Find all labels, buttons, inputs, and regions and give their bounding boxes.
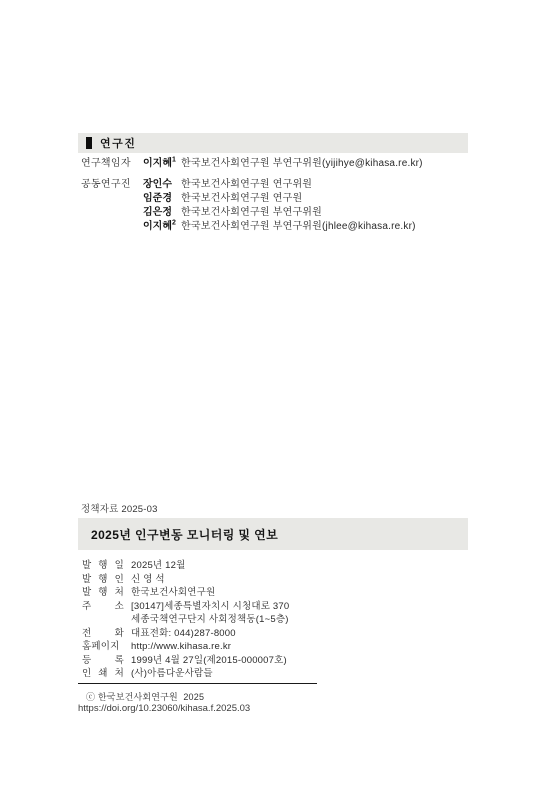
publication-info-row: 주 소 [30147]세종특별자치시 시청대로 370 [82,600,289,614]
publication-info-row: 홈페이지 http://www.kihasa.re.kr [82,640,289,654]
researcher-name-text: 김은정 [143,207,172,218]
publication-info-label: 주 소 [82,600,124,614]
role-label: 공동연구진 [81,178,143,192]
researcher-name-text: 임준경 [143,193,172,204]
research-team-header-band: 연구진 [78,133,468,153]
role-label: 연구책임자 [81,157,143,171]
researcher-name: 이지혜2 [143,220,181,234]
publication-info: 발 행 일 2025년 12월 발 행 인 신 영 석 발 행 처 한국보건사회… [82,559,289,681]
role-label [81,206,143,220]
publisher-org-value: 한국보건사회연구원 [131,586,215,600]
researcher-name-superscript: 2 [172,220,176,227]
publisher-person-value: 신 영 석 [131,573,165,587]
publication-info-row: 발 행 처 한국보건사회연구원 [82,586,289,600]
publication-info-label: 발 행 처 [82,586,124,600]
researcher-name: 장인수 [143,178,181,192]
researcher-affiliation: 한국보건사회연구원 부연구위원(yijihye@kihasa.re.kr) [181,157,423,171]
publication-info-row: 세종국책연구단지 사회정책동(1~5층) [82,613,289,627]
publication-info-label [82,613,124,627]
publication-info-row: 인 쇄 처 (사)아름다운사람들 [82,667,289,681]
printer-value: (사)아름다운사람들 [131,667,213,681]
research-team-row: 임준경 한국보건사회연구원 연구원 [81,192,423,206]
publication-info-row: 전 화 대표전화: 044)287-8000 [82,627,289,641]
researcher-name: 김은정 [143,206,181,220]
phone-value: 대표전화: 044)287-8000 [131,627,236,641]
registration-value: 1999년 4월 27일(제2015-000007호) [131,654,287,668]
research-team-row: 공동연구진 장인수 한국보건사회연구원 연구위원 [81,178,423,192]
document-page: 연구진 연구책임자 이지혜1 한국보건사회연구원 부연구위원(yijihye@k… [0,0,546,800]
copyright-notice: ⓒ 한국보건사회연구원 2025 [86,690,204,703]
publication-info-row: 등 록 1999년 4월 27일(제2015-000007호) [82,654,289,668]
researcher-affiliation: 한국보건사회연구원 연구원 [181,192,302,206]
doi-link[interactable]: https://doi.org/10.23060/kihasa.f.2025.0… [78,703,250,714]
research-team-row: 이지혜2 한국보건사회연구원 부연구위원(jhlee@kihasa.re.kr) [81,220,423,234]
researcher-name-text: 이지혜 [143,221,172,232]
research-team-heading: 연구진 [100,135,136,151]
researcher-affiliation: 한국보건사회연구원 연구위원 [181,178,312,192]
role-label [81,192,143,206]
publication-info-label: 전 화 [82,627,124,641]
report-title-box: 2025년 인구변동 모니터링 및 연보 [78,518,468,550]
researcher-affiliation: 한국보건사회연구원 부연구위원 [181,206,322,220]
publication-info-row: 발 행 일 2025년 12월 [82,559,289,573]
homepage-url[interactable]: http://www.kihasa.re.kr [131,640,231,654]
address-value-line2: 세종국책연구단지 사회정책동(1~5층) [131,613,289,627]
address-value-line1: [30147]세종특별자치시 시청대로 370 [131,600,289,614]
researcher-name-superscript: 1 [172,157,176,164]
researcher-name-text: 장인수 [143,179,172,190]
researcher-name: 임준경 [143,192,181,206]
series-number: 정책자료 2025-03 [81,501,158,515]
researcher-name: 이지혜1 [143,157,181,171]
research-team-row: 연구책임자 이지혜1 한국보건사회연구원 부연구위원(yijihye@kihas… [81,157,423,171]
publication-date-value: 2025년 12월 [131,559,186,573]
researcher-affiliation: 한국보건사회연구원 부연구위원(jhlee@kihasa.re.kr) [181,220,416,234]
publication-info-label: 발 행 인 [82,573,124,587]
research-team-row: 김은정 한국보건사회연구원 부연구위원 [81,206,423,220]
publication-info-label: 홈페이지 [82,640,124,654]
footer-divider [78,683,317,684]
section-marker-bar-icon [86,137,92,149]
report-title: 2025년 인구변동 모니터링 및 연보 [91,526,278,543]
research-team-list: 연구책임자 이지혜1 한국보건사회연구원 부연구위원(yijihye@kihas… [81,157,423,234]
researcher-name-text: 이지혜 [143,158,172,169]
publication-info-label: 인 쇄 처 [82,667,124,681]
publication-info-label: 발 행 일 [82,559,124,573]
publication-info-label: 등 록 [82,654,124,668]
publication-info-row: 발 행 인 신 영 석 [82,573,289,587]
role-label [81,220,143,234]
